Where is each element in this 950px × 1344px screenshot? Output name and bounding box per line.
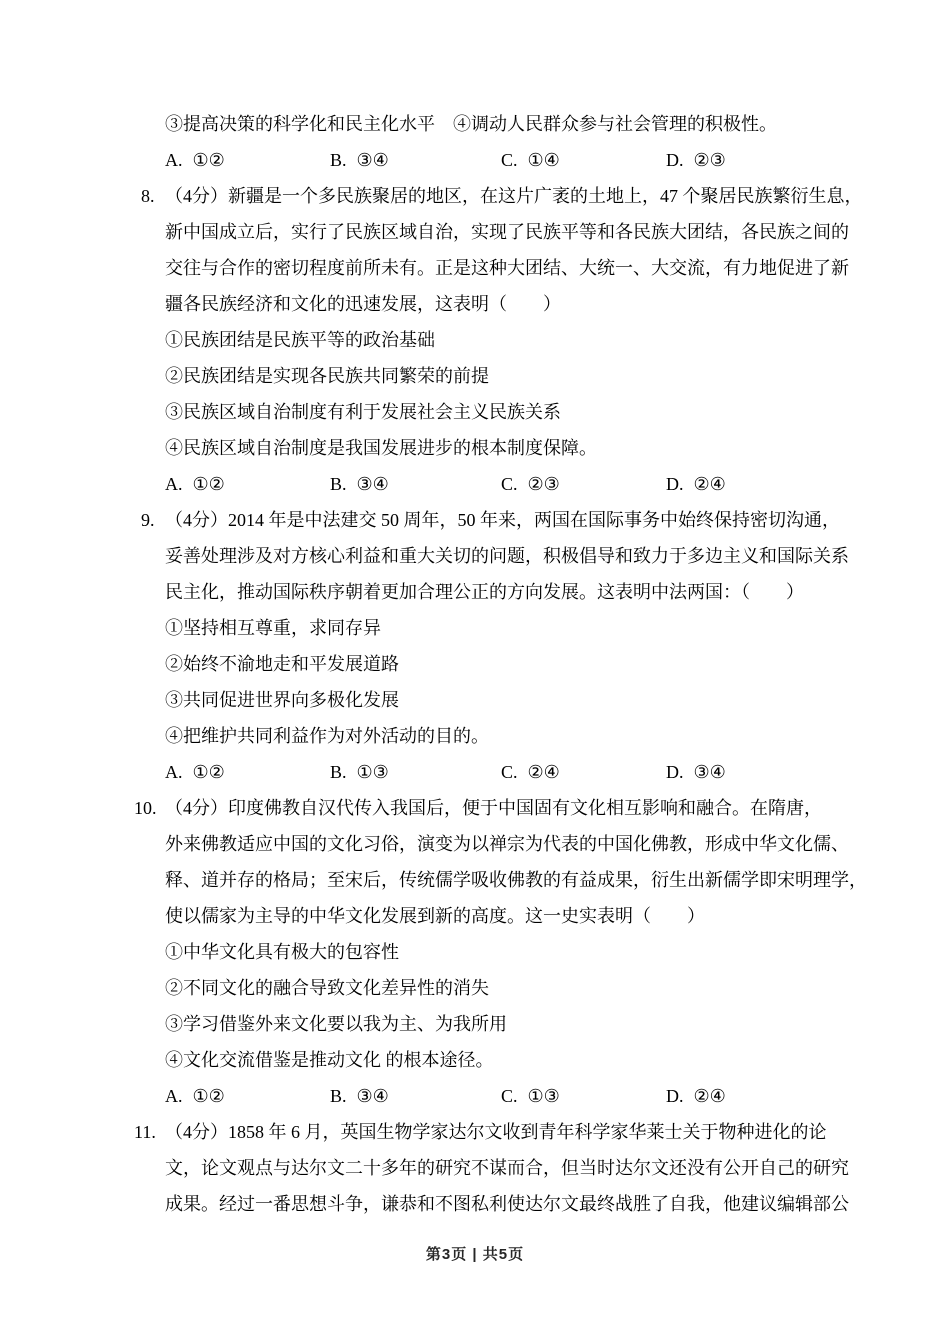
options-row: A.①② B.③④ C.①④ D.②③ — [165, 142, 867, 178]
question-9: 9. （4分）2014 年是中法建交 50 周年，50 年来，两国在国际事务中始… — [165, 502, 867, 790]
option-numbers: ③④ — [357, 1086, 389, 1106]
item-line: ①民族团结是民族平等的政治基础 — [165, 322, 867, 358]
stem-line: 交往与合作的密切程度前所未有。正是这种大团结、大统一、大交流，有力地促进了新 — [165, 250, 867, 286]
stem-line: 成果。经过一番思想斗争，谦恭和不图私利使达尔文最终战胜了自我，他建议编辑部公 — [165, 1186, 867, 1222]
option-c: C.①③ — [501, 1078, 666, 1114]
option-numbers: ①③ — [357, 762, 389, 782]
option-numbers: ①④ — [528, 150, 560, 170]
option-label: C. — [501, 150, 518, 170]
page-indicator: 第3页 | 共5页 — [0, 1243, 950, 1264]
stem-text: 2014 年是中法建交 50 周年，50 年来，两国在国际事务中始终保持密切沟通… — [228, 510, 840, 530]
option-label: C. — [501, 474, 518, 494]
exam-page: ③提高决策的科学化和民主化水平 ④调动人民群众参与社会管理的积极性。 A.①② … — [0, 0, 950, 1344]
stem-text: 新疆是一个多民族聚居的地区，在这片广袤的土地上，47 个聚居民族繁衍生息， — [228, 186, 863, 206]
stem-line: 外来佛教适应中国的文化习俗，演变为以禅宗为代表的中国化佛教，形成中华文化儒、 — [165, 826, 867, 862]
option-numbers: ②④ — [694, 1086, 726, 1106]
option-numbers: ②③ — [528, 474, 560, 494]
question-10: 10. （4分）印度佛教自汉代传入我国后，便于中国固有文化相互影响和融合。在隋唐… — [165, 790, 867, 1114]
stem-line: 民主化，推动国际秩序朝着更加合理公正的方向发展。这表明中法两国：（ ） — [165, 574, 867, 610]
option-numbers: ②④ — [694, 474, 726, 494]
options-row: A.①② B.③④ C.②③ D.②④ — [165, 466, 867, 502]
question-8: 8. （4分）新疆是一个多民族聚居的地区，在这片广袤的土地上，47 个聚居民族繁… — [165, 178, 867, 502]
item-line: ①中华文化具有极大的包容性 — [165, 934, 867, 970]
option-d: D.②④ — [666, 1078, 867, 1114]
stem-text: 印度佛教自汉代传入我国后，便于中国固有文化相互影响和融合。在隋唐， — [228, 798, 822, 818]
options-row: A.①② B.①③ C.②④ D.③④ — [165, 754, 867, 790]
item-line: ①坚持相互尊重，求同存异 — [165, 610, 867, 646]
question-number: 9. — [141, 502, 155, 538]
option-numbers: ②④ — [528, 762, 560, 782]
item-line: ②不同文化的融合导致文化差异性的消失 — [165, 970, 867, 1006]
option-numbers: ③④ — [357, 150, 389, 170]
points-label: （4分） — [165, 186, 228, 206]
item-line: ④文化交流借鉴是推动文化 的根本途径。 — [165, 1042, 867, 1078]
stem-line: 释、道并存的格局；至宋后，传统儒学吸收佛教的有益成果，衍生出新儒学即宋明理学， — [165, 862, 867, 898]
option-numbers: ①② — [193, 474, 225, 494]
points-label: （4分） — [165, 798, 228, 818]
option-label: D. — [666, 762, 684, 782]
stem-line: 疆各民族经济和文化的迅速发展，这表明（ ） — [165, 286, 867, 322]
stem-text: 1858 年 6 月，英国生物学家达尔文收到青年科学家华莱士关于物种进化的论 — [228, 1122, 827, 1142]
item-line: ④民族区域自治制度是我国发展进步的根本制度保障。 — [165, 430, 867, 466]
option-label: C. — [501, 1086, 518, 1106]
option-b: B.①③ — [330, 754, 501, 790]
question-number: 8. — [141, 178, 155, 214]
stem-line: 8. （4分）新疆是一个多民族聚居的地区，在这片广袤的土地上，47 个聚居民族繁… — [165, 178, 867, 214]
option-label: D. — [666, 474, 684, 494]
option-numbers: ①② — [193, 1086, 225, 1106]
option-c: C.②③ — [501, 466, 666, 502]
item-line: ②民族团结是实现各民族共同繁荣的前提 — [165, 358, 867, 394]
question-7-continuation: ③提高决策的科学化和民主化水平 ④调动人民群众参与社会管理的积极性。 A.①② … — [165, 106, 867, 178]
option-label: A. — [165, 150, 183, 170]
options-row: A.①② B.③④ C.①③ D.②④ — [165, 1078, 867, 1114]
option-d: D.②④ — [666, 466, 867, 502]
question-number: 10. — [134, 790, 157, 826]
option-b: B.③④ — [330, 1078, 501, 1114]
option-label: A. — [165, 1086, 183, 1106]
option-d: D.②③ — [666, 142, 867, 178]
stem-line: 使以儒家为主导的中华文化发展到新的高度。这一史实表明（ ） — [165, 898, 867, 934]
option-label: B. — [330, 474, 347, 494]
question-11: 11. （4分）1858 年 6 月，英国生物学家达尔文收到青年科学家华莱士关于… — [165, 1114, 867, 1222]
option-label: D. — [666, 150, 684, 170]
option-a: A.①② — [165, 1078, 330, 1114]
option-c: C.②④ — [501, 754, 666, 790]
option-numbers: ③④ — [694, 762, 726, 782]
option-c: C.①④ — [501, 142, 666, 178]
option-label: A. — [165, 474, 183, 494]
option-b: B.③④ — [330, 142, 501, 178]
option-label: C. — [501, 762, 518, 782]
question-number: 11. — [134, 1114, 156, 1150]
option-a: A.①② — [165, 466, 330, 502]
item-line: ③共同促进世界向多极化发展 — [165, 682, 867, 718]
item-line: ④把维护共同利益作为对外活动的目的。 — [165, 718, 867, 754]
option-label: D. — [666, 1086, 684, 1106]
option-label: A. — [165, 762, 183, 782]
option-b: B.③④ — [330, 466, 501, 502]
stem-line: 文，论文观点与达尔文二十多年的研究不谋而合，但当时达尔文还没有公开自己的研究 — [165, 1150, 867, 1186]
continuation-items-line: ③提高决策的科学化和民主化水平 ④调动人民群众参与社会管理的积极性。 — [165, 106, 867, 142]
stem-line: 9. （4分）2014 年是中法建交 50 周年，50 年来，两国在国际事务中始… — [165, 502, 867, 538]
item-line: ③学习借鉴外来文化要以我为主、为我所用 — [165, 1006, 867, 1042]
option-label: B. — [330, 762, 347, 782]
option-numbers: ①② — [193, 150, 225, 170]
option-label: B. — [330, 1086, 347, 1106]
points-label: （4分） — [165, 510, 228, 530]
option-label: B. — [330, 150, 347, 170]
item-line: ②始终不渝地走和平发展道路 — [165, 646, 867, 682]
stem-line: 11. （4分）1858 年 6 月，英国生物学家达尔文收到青年科学家华莱士关于… — [165, 1114, 867, 1150]
option-numbers: ①③ — [528, 1086, 560, 1106]
option-numbers: ①② — [193, 762, 225, 782]
points-label: （4分） — [165, 1122, 228, 1142]
stem-line: 10. （4分）印度佛教自汉代传入我国后，便于中国固有文化相互影响和融合。在隋唐… — [165, 790, 867, 826]
stem-line: 新中国成立后，实行了民族区域自治，实现了民族平等和各民族大团结，各民族之间的 — [165, 214, 867, 250]
option-a: A.①② — [165, 142, 330, 178]
page-content: ③提高决策的科学化和民主化水平 ④调动人民群众参与社会管理的积极性。 A.①② … — [165, 106, 867, 1222]
stem-line: 妥善处理涉及对方核心利益和重大关切的问题，积极倡导和致力于多边主义和国际关系 — [165, 538, 867, 574]
option-numbers: ②③ — [694, 150, 726, 170]
option-d: D.③④ — [666, 754, 867, 790]
option-a: A.①② — [165, 754, 330, 790]
item-line: ③民族区域自治制度有利于发展社会主义民族关系 — [165, 394, 867, 430]
option-numbers: ③④ — [357, 474, 389, 494]
